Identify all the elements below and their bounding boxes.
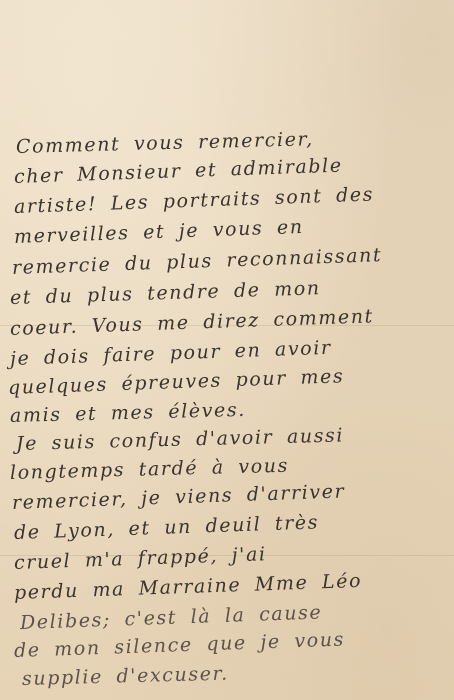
letter-line: cruel m'a frappé, j'ai: [14, 543, 267, 574]
letter-line: perdu ma Marraine Mme Léo: [14, 570, 363, 604]
letter-line: Comment vous remercier,: [16, 128, 314, 158]
letter-body: Comment vous remercier, cher Monsieur et…: [0, 0, 454, 700]
letter-line: quelques épreuves pour mes: [8, 365, 345, 399]
letter-line: supplie d'excuser.: [22, 663, 229, 690]
letter-line: merveilles et je vous en: [14, 216, 304, 248]
letter-line: de Lyon, et un deuil très: [14, 511, 320, 544]
letter-line: je dois faire pour en avoir: [10, 337, 332, 370]
letter-line: Delibes; c'est là la cause: [20, 601, 323, 634]
letter-line: longtemps tardé à vous: [10, 455, 289, 484]
letter-line: amis et mes élèves.: [10, 399, 246, 427]
letter-line: artiste! Les portraits sont des: [14, 183, 375, 218]
letter-line: cher Monsieur et admirable: [14, 155, 343, 188]
letter-line: de mon silence que je vous: [14, 628, 346, 662]
letter-line: coeur. Vous me direz comment: [10, 305, 375, 340]
letter-line: et du plus tendre de mon: [10, 277, 321, 309]
letter-line: remercie du plus reconnaissant: [12, 244, 383, 279]
letter-line: remercier, je viens d'arriver: [12, 480, 346, 514]
letter-line: Je suis confus d'avoir aussi: [16, 424, 345, 455]
letter-page: Comment vous remercier, cher Monsieur et…: [0, 0, 454, 700]
